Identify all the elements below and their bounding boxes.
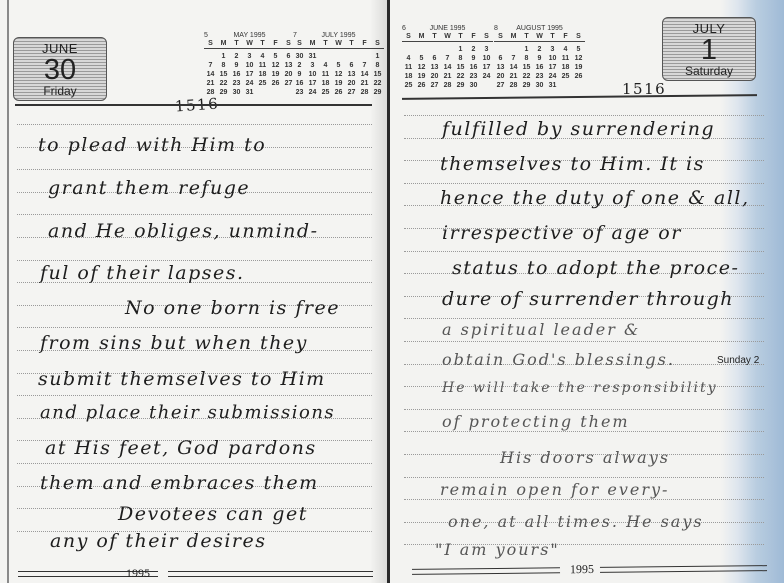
calendar-day: 18 [559, 63, 572, 72]
calendar-day: 26 [415, 81, 428, 90]
calendar-day: 20 [494, 72, 507, 81]
calendar-title: JUNE 1995 [402, 25, 493, 32]
handwritten-line: to plead with Him to [38, 134, 266, 156]
calendar-day: 17 [306, 79, 319, 88]
ruled-line [404, 115, 764, 116]
handwritten-line: No one born is free [125, 297, 340, 319]
calendar-day: 23 [293, 88, 306, 97]
header-rule [15, 104, 372, 106]
calendar-day: 15 [520, 63, 533, 72]
calendar-day: 6 [494, 54, 507, 63]
calendar-day: 16 [230, 70, 243, 79]
weekday-header: T [546, 33, 559, 42]
calendar-day: 4 [319, 61, 332, 70]
date-box-weekday: Saturday [663, 64, 755, 78]
calendar-day: 19 [415, 72, 428, 81]
page-footer: 1995 [412, 562, 767, 578]
weekday-header: M [306, 40, 319, 49]
mini-calendar-may-1995: 5MAY 1995SMTWTFS123456789101112131415161… [204, 32, 295, 97]
calendar-day: 18 [319, 79, 332, 88]
calendar-day: 5 [415, 54, 428, 63]
calendar-day: 30 [467, 81, 480, 90]
calendar-day [332, 49, 345, 62]
calendar-day [428, 42, 441, 55]
calendar-day: 9 [533, 54, 546, 63]
footer-rule-left [412, 567, 560, 575]
ruled-line [404, 477, 764, 478]
calendar-day: 22 [520, 72, 533, 81]
calendar-day: 31 [546, 81, 559, 90]
calendar-day: 1 [217, 49, 230, 62]
calendar-day: 13 [428, 63, 441, 72]
calendar-day [319, 49, 332, 62]
calendar-day: 25 [559, 72, 572, 81]
calendar-day: 25 [256, 79, 269, 88]
calendar-day: 1 [520, 42, 533, 55]
calendar-day: 4 [402, 54, 415, 63]
calendar-day: 9 [293, 70, 306, 79]
handwritten-line: at His feet, God pardons [45, 437, 317, 459]
calendar-day: 14 [204, 70, 217, 79]
weekday-header: F [559, 33, 572, 42]
calendar-day: 21 [204, 79, 217, 88]
week-number: 7 [293, 32, 297, 39]
handwritten-line: of protecting them [442, 412, 630, 431]
calendar-day: 11 [256, 61, 269, 70]
footer-rule-right [600, 565, 767, 573]
calendar-day: 2 [293, 61, 306, 70]
date-box-day: 1 [663, 36, 755, 64]
calendar-day [572, 81, 585, 90]
weekday-header: T [345, 40, 358, 49]
calendar-day: 7 [507, 54, 520, 63]
weekday-header: M [507, 33, 520, 42]
calendar-day: 6 [345, 61, 358, 70]
handwritten-line: themselves to Him. It is [440, 153, 705, 175]
calendar-day: 25 [319, 88, 332, 97]
calendar-day [441, 42, 454, 55]
calendar-day: 22 [217, 79, 230, 88]
week-number: 8 [494, 25, 498, 32]
calendar-day: 9 [467, 54, 480, 63]
weekday-header: W [533, 33, 546, 42]
calendar-day [480, 81, 493, 90]
weekday-header: W [243, 40, 256, 49]
ruled-line [404, 251, 764, 252]
handwritten-line: and place their submissions [40, 402, 335, 423]
weekday-header: M [415, 33, 428, 42]
week-number: 5 [204, 32, 208, 39]
weekday-header: S [204, 40, 217, 49]
weekday-header: F [269, 40, 282, 49]
handwritten-line: and He obliges, unmind- [48, 220, 319, 242]
weekday-header: T [454, 33, 467, 42]
calendar-day: 18 [256, 70, 269, 79]
calendar-day: 3 [546, 42, 559, 55]
handwritten-line: dure of surrender through [442, 288, 734, 310]
calendar-day: 24 [306, 88, 319, 97]
calendar-day: 7 [441, 54, 454, 63]
footer-year: 1995 [570, 562, 594, 577]
calendar-day: 23 [533, 72, 546, 81]
calendar-day: 16 [293, 79, 306, 88]
calendar-day: 30 [230, 88, 243, 97]
ruled-line [17, 214, 372, 215]
calendar-day: 3 [306, 61, 319, 70]
handwritten-line: a spiritual leader & [442, 320, 640, 339]
calendar-day: 21 [441, 72, 454, 81]
calendar-day: 10 [243, 61, 256, 70]
calendar-day: 14 [507, 63, 520, 72]
calendar-day: 7 [204, 61, 217, 70]
calendar-day: 28 [507, 81, 520, 90]
weekday-header: F [467, 33, 480, 42]
calendar-day: 27 [345, 88, 358, 97]
calendar-day: 8 [217, 61, 230, 70]
calendar-day [204, 49, 217, 62]
ruled-line [404, 499, 764, 500]
calendar-day: 18 [402, 72, 415, 81]
ruled-line [404, 183, 764, 184]
calendar-day: 10 [480, 54, 493, 63]
handwritten-line: grant them refuge [48, 177, 250, 199]
calendar-day: 31 [243, 88, 256, 97]
calendar-day: 23 [230, 79, 243, 88]
ruled-line [404, 341, 764, 342]
ruled-line [17, 169, 372, 170]
calendar-day: 5 [572, 42, 585, 55]
handwritten-line: fulfilled by surrendering [442, 118, 715, 140]
calendar-grid: SMTWTFS123456789101112131415161718192021… [204, 40, 295, 97]
handwritten-line: one, at all times. He says [448, 512, 704, 531]
sunday-2-label: Sunday 2 [717, 355, 759, 366]
calendar-day: 19 [572, 63, 585, 72]
calendar-day: 28 [441, 81, 454, 90]
handwritten-line: them and embraces them [40, 472, 319, 494]
calendar-day: 9 [230, 61, 243, 70]
calendar-day: 17 [480, 63, 493, 72]
calendar-day: 21 [507, 72, 520, 81]
calendar-day [494, 42, 507, 55]
handwritten-line: hence the duty of one & all, [440, 187, 750, 209]
calendar-day: 6 [428, 54, 441, 63]
weekday-header: T [230, 40, 243, 49]
calendar-day: 27 [494, 81, 507, 90]
calendar-day: 27 [428, 81, 441, 90]
calendar-day: 10 [546, 54, 559, 63]
mini-calendar-august-1995: 8AUGUST 1995SMTWTFS123456789101112131415… [494, 25, 585, 90]
weekday-header: S [480, 33, 493, 42]
calendar-day: 13 [494, 63, 507, 72]
calendar-day: 19 [332, 79, 345, 88]
calendar-day: 25 [402, 81, 415, 90]
calendar-day: 2 [467, 42, 480, 55]
calendar-day: 12 [332, 70, 345, 79]
calendar-day: 29 [217, 88, 230, 97]
weekday-header: T [520, 33, 533, 42]
week-number: 6 [402, 25, 406, 32]
calendar-day: 1 [454, 42, 467, 55]
handwritten-line: remain open for every- [440, 480, 669, 499]
footer-rule-right [168, 571, 373, 577]
handwritten-line: ful of their lapses. [40, 262, 245, 284]
binding-shadow [370, 0, 387, 583]
handwritten-line: submit themselves to Him [38, 368, 326, 390]
calendar-day [415, 42, 428, 55]
calendar-day: 24 [243, 79, 256, 88]
calendar-day [402, 42, 415, 55]
weekday-header: S [402, 33, 415, 42]
handwritten-line: Devotees can get [118, 503, 308, 525]
calendar-day: 23 [467, 72, 480, 81]
date-box-june-30: JUNE 30 Friday [13, 37, 107, 101]
calendar-day: 14 [441, 63, 454, 72]
handwritten-line: irrespective of age or [442, 222, 682, 244]
weekday-header: S [572, 33, 585, 42]
calendar-title: AUGUST 1995 [494, 25, 585, 32]
calendar-day: 30 [293, 49, 306, 62]
calendar-grid: SMTWTFS123456789101112131415161718192021… [494, 33, 585, 90]
ruled-line [404, 409, 764, 410]
weekday-header: W [332, 40, 345, 49]
handwritten-line: His doors always [500, 448, 670, 467]
calendar-day: 22 [454, 72, 467, 81]
calendar-day: 15 [217, 70, 230, 79]
handwritten-line: any of their desires [50, 530, 266, 552]
calendar-day: 5 [332, 61, 345, 70]
calendar-day: 11 [319, 70, 332, 79]
weekday-header: T [256, 40, 269, 49]
date-box-weekday: Friday [14, 84, 106, 98]
calendar-day: 12 [415, 63, 428, 72]
calendar-day: 20 [428, 72, 441, 81]
calendar-day: 17 [243, 70, 256, 79]
ruled-line [404, 431, 764, 432]
ruled-line [17, 260, 372, 261]
ruled-line [17, 463, 372, 464]
calendar-day: 17 [546, 63, 559, 72]
calendar-day [256, 88, 269, 97]
calendar-day: 16 [533, 63, 546, 72]
page-edge-border [7, 0, 9, 583]
handwritten-line: from sins but when they [40, 332, 308, 354]
calendar-day: 3 [243, 49, 256, 62]
calendar-day: 11 [402, 63, 415, 72]
calendar-day [507, 42, 520, 55]
weekday-header: T [319, 40, 332, 49]
weekday-header: S [494, 33, 507, 42]
calendar-day: 26 [332, 88, 345, 97]
handwritten-line: status to adopt the proce- [452, 257, 739, 279]
calendar-day: 4 [559, 42, 572, 55]
handwritten-line: "I am yours" [435, 540, 560, 559]
calendar-day: 3 [480, 42, 493, 55]
calendar-day: 29 [454, 81, 467, 90]
calendar-day: 10 [306, 70, 319, 79]
page-footer: 1995 [18, 568, 373, 580]
calendar-day: 8 [520, 54, 533, 63]
weekday-header: T [428, 33, 441, 42]
date-box-july-1: JULY 1 Saturday [662, 17, 756, 81]
calendar-day: 11 [559, 54, 572, 63]
calendar-day: 29 [520, 81, 533, 90]
calendar-day: 12 [269, 61, 282, 70]
calendar-day: 20 [345, 79, 358, 88]
calendar-day: 30 [533, 81, 546, 90]
calendar-day: 2 [230, 49, 243, 62]
calendar-day [559, 81, 572, 90]
calendar-day: 12 [572, 54, 585, 63]
weekday-header: M [217, 40, 230, 49]
calendar-day: 15 [454, 63, 467, 72]
calendar-day: 5 [269, 49, 282, 62]
calendar-day: 13 [345, 70, 358, 79]
ruled-line [17, 124, 372, 125]
header-rule [402, 94, 757, 99]
calendar-day: 8 [454, 54, 467, 63]
calendar-day: 24 [546, 72, 559, 81]
calendar-day: 26 [269, 79, 282, 88]
calendar-title: MAY 1995 [204, 32, 295, 39]
handwritten-line: obtain God's blessings. [442, 350, 675, 369]
calendar-day: 24 [480, 72, 493, 81]
calendar-day: 26 [572, 72, 585, 81]
calendar-day: 4 [256, 49, 269, 62]
weekday-header: W [441, 33, 454, 42]
weekday-header: S [293, 40, 306, 49]
date-box-day: 30 [14, 56, 106, 84]
calendar-day [345, 49, 358, 62]
ruled-line [17, 395, 372, 396]
calendar-day: 2 [533, 42, 546, 55]
calendar-grid: SMTWTFS123456789101112131415161718192021… [402, 33, 493, 90]
calendar-day [269, 88, 282, 97]
handwritten-line: He will take the responsibility [442, 380, 718, 396]
mini-calendar-june-1995: 6JUNE 1995SMTWTFS12345678910111213141516… [402, 25, 493, 90]
ruled-line [17, 327, 372, 328]
calendar-day: 19 [269, 70, 282, 79]
calendar-day: 16 [467, 63, 480, 72]
left-diary-page: JUNE 30 Friday 5MAY 1995SMTWTFS123456789… [0, 0, 390, 583]
footer-year: 1995 [126, 566, 150, 581]
right-diary-page: 6JUNE 1995SMTWTFS12345678910111213141516… [390, 0, 784, 583]
calendar-day: 31 [306, 49, 319, 62]
